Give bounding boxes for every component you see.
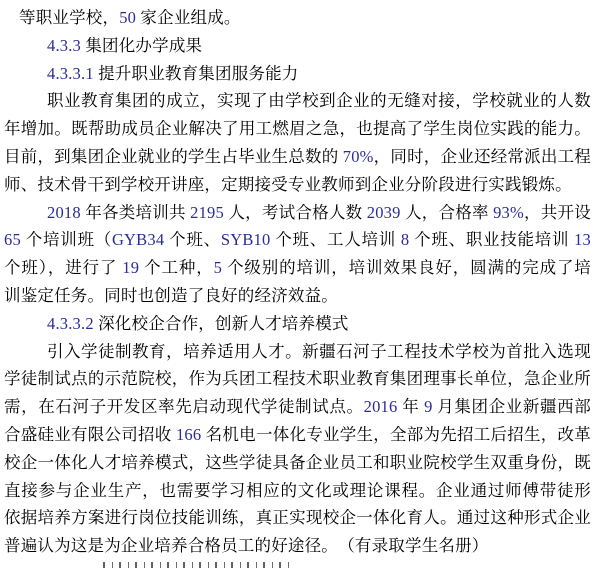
paragraph1-line: 职业教育集团的成立，实现了由学校到企业的无缝对接，学校就业的人数逐 <box>4 87 591 115</box>
document-body: 等职业学校，50 家企业组成。 4.3.3 集团化办学成果 4.3.3.1 提升… <box>0 0 599 570</box>
paragraph1-line: 师、技术骨干到学校开讲座，定期接受专业教师到企业分阶段进行实践锻炼。 <box>4 171 591 199</box>
paragraph1-line: 年增加。既帮助成员企业解决了用工燃眉之急，也提高了学生岗位实践的能力。 <box>4 115 591 143</box>
paragraph3-line: 需，在石河子开发区率先启动现代学徒制试点。2016 年 9 月集团企业新疆西部 <box>4 393 591 421</box>
paragraph2-line: 训鉴定任务。同时也创造了良好的经济效益。 <box>4 282 591 310</box>
paragraph2-line: 个班），进行了 19 个工种，5 个级别的培训，培训效果良好，圆满的完成了培 <box>4 254 591 282</box>
clipped-next-text-line <box>103 562 293 568</box>
paragraph3-line: 普遍认为这是为企业培养合格员工的好途径。 （有录取学生名册） <box>4 532 591 560</box>
section-heading-4-3-3: 4.3.3 集团化办学成果 <box>4 32 591 60</box>
paragraph3-line: 直接参与企业生产，也需要学习相应的文化或理论课程。企业通过师傅带徒形式， <box>4 477 591 505</box>
section-heading-4-3-3-2: 4.3.3.2 深化校企合作，创新人才培养模式 <box>4 310 591 338</box>
continuation-text-line: 等职业学校，50 家企业组成。 <box>4 4 591 32</box>
paragraph3-line: 引入学徒制教育，培养适用人才。新疆石河子工程技术学校为首批入选现代 <box>4 338 591 366</box>
paragraph2-line: 65 个培训班（GYB34 个班、SYB10 个班、工人培训 8 个班、职业技能… <box>4 226 591 254</box>
section-heading-4-3-3-1: 4.3.3.1 提升职业教育集团服务能力 <box>4 60 591 88</box>
document-page: { "page": { "background": "#ffffff", "te… <box>0 0 599 570</box>
paragraph3-line: 依据培养方案进行岗位技能训练，真正实现校企一体化育人。通过这种形式企业 <box>4 504 591 532</box>
paragraph3-line: 合盛硅业有限公司招收 166 名机电一体化专业学生，全部为先招工后招生，改革 <box>4 421 591 449</box>
paragraph3-line: 学徒制试点的示范院校，作为兵团工程技术职业教育集团理事长单位，急企业所 <box>4 365 591 393</box>
paragraph2-line: 2018 年各类培训共 2195 人，考试合格人数 2039 人，合格率 93%… <box>4 199 591 227</box>
paragraph3-line: 校企一体化人才培养模式，这些学徒具备企业员工和职业院校学生双重身份，既 <box>4 449 591 477</box>
paragraph1-line: 目前，到集团企业就业的学生占毕业生总数的 70%，同时，企业还经常派出工程 <box>4 143 591 171</box>
